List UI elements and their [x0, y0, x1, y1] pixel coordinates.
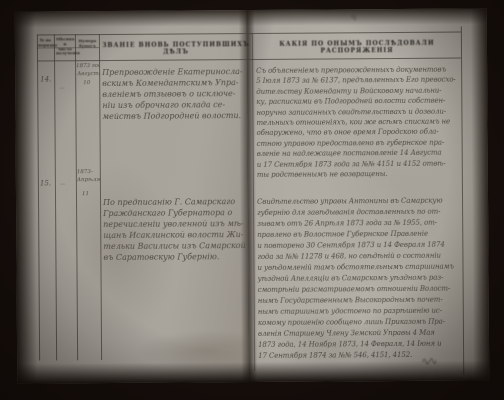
- resolution-2-line: и увѣдомленій тамъ обстоятельнымъ старши…: [257, 262, 463, 274]
- entry-2-line: въ Саратовскую Губернію.: [103, 251, 251, 263]
- entry-2-number: 15.: [40, 179, 51, 187]
- signature-flourish: ∿∿: [421, 354, 436, 368]
- book-spread: № по порядку Мѣсяцъ и число полученія Ну…: [15, 8, 490, 383]
- resolution-1-line: обнаружено, что въ оное время Городскою …: [257, 127, 463, 139]
- entry-1-date-day: 10: [83, 80, 97, 86]
- entry-1-date-year: 1873 года: [76, 63, 99, 69]
- entry-1-date-month: Августа: [77, 71, 100, 77]
- scanned-document-photo: № по порядку Мѣсяцъ и число полученія Ну…: [0, 0, 504, 400]
- resolution-2-line: уѣздной Апелляціи въ Самарскомъ уѣздномъ…: [258, 273, 464, 285]
- resolution-2-line: нымъ старшинамъ удостоено по разрѣшенію …: [258, 306, 464, 318]
- left-page-main-header: ЗВАНІЕ ВНОВЬ ПОСТУПИВШИХЪ ДѢЛЪ: [101, 42, 251, 57]
- entry-1-col2-dash: —: [59, 85, 65, 91]
- entry-2-date-month: Апрѣля: [77, 177, 100, 183]
- resolution-2-line: смотрѣніи разсматриваемомъ отношеніи Вол…: [258, 284, 464, 296]
- column-header-number: № по порядку: [38, 38, 53, 48]
- resolution-2-line: и повторено 30 Сентября 1873 и 14 Феврал…: [257, 240, 463, 252]
- resolution-1-line: 5 Іюля 1873 за № 6137, предъявленныхъ Ег…: [256, 75, 462, 87]
- entry-1-line: мействъ Подгородней волости.: [102, 110, 250, 122]
- column-header-date-received: Мѣсяцъ и число полученія: [56, 37, 74, 56]
- resolution-2-line: вленія Старшему Члену Земской Управы 4 М…: [258, 328, 464, 340]
- resolution-2-line: нымъ Государственнымъ Высокороднымъ поче…: [258, 295, 464, 307]
- column-header-paper-numbers: Нумера бумагъ: [77, 39, 98, 49]
- entry-2-date-day: 11: [82, 191, 96, 197]
- pencil-mark: ч: [351, 13, 357, 23]
- entry-1-number: 14.: [40, 75, 51, 83]
- resolution-2-line: губернію для завѣдыванія доставленныхъ п…: [257, 207, 463, 219]
- resolution-2-line: года за №№ 11278 и 468, но свѣдѣній о со…: [257, 251, 463, 263]
- entry-2-date-year: 1873-: [77, 169, 100, 175]
- resolution-1-line: ку, расписками въ Подгородней волости со…: [256, 96, 462, 108]
- resolution-2-line: Свидѣтельство управы Антонины въ Самарск…: [257, 196, 463, 208]
- resolution-2-line: комому прошенію сообщено лишь Приказомъ …: [258, 317, 464, 329]
- resolution-1-line: ты родственнымъ не возвращены.: [257, 169, 463, 181]
- entry-2-col2-dash: —: [60, 181, 66, 187]
- resolution-1-line: вленіе на надлежащее постановленіе 14 Ав…: [257, 148, 463, 160]
- resolution-2-line: 1873 года, 14 Ноября 1873, 14 Февраля, 1…: [258, 339, 464, 351]
- resolution-2-line: правлено въ Волостное Губернское Правлен…: [257, 229, 463, 241]
- right-page-main-header: КАКІЯ ПО ОНЫМЪ ПОСЛѢДОВАЛИ РАСПОРЯЖЕНІЯ: [263, 41, 451, 56]
- resolution-2-line: зывамъ отъ 26 Апрѣля 1873 года за № 1955…: [257, 218, 463, 230]
